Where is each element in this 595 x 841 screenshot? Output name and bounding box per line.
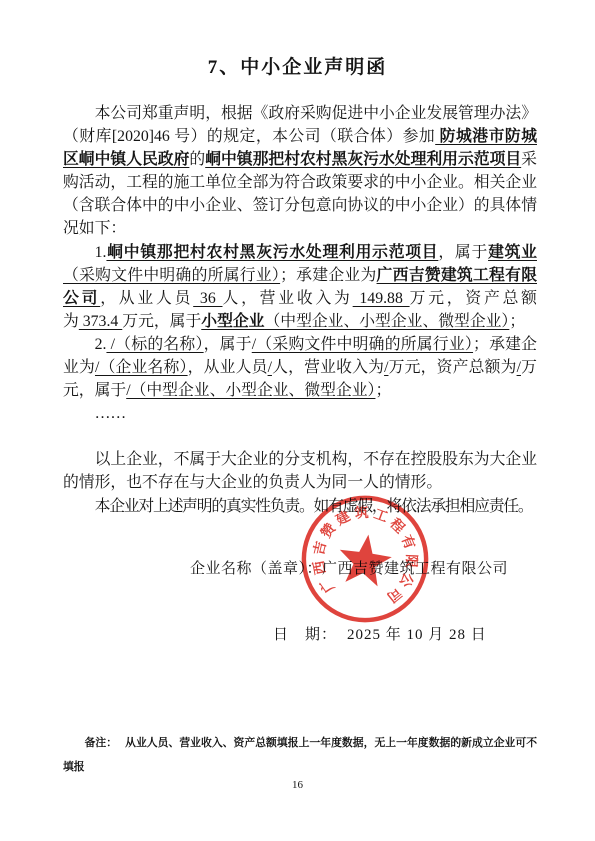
page-number: 16 bbox=[0, 779, 595, 791]
svg-text:西: 西 bbox=[311, 559, 328, 576]
svg-text:广: 广 bbox=[316, 575, 337, 596]
document-page: 7、中小企业声明函 本公司郑重声明，根据《政府采购促进中小企业发展管理办法》（财… bbox=[0, 0, 595, 841]
date-line: 日 期：2025 年 10 月 28 日 bbox=[273, 623, 487, 644]
footnote-label: 备注： bbox=[85, 737, 118, 749]
svg-text:限: 限 bbox=[403, 554, 420, 569]
intro-paragraph: 本公司郑重声明，根据《政府采购促进中小企业发展管理办法》（财库[2020]46 … bbox=[63, 102, 537, 241]
footnote: 备注：从业人员、营业收入、资产总额填报上一年度数据，无上一年度数据的新成立企业可… bbox=[63, 731, 537, 779]
svg-text:筑: 筑 bbox=[354, 504, 369, 521]
assurance-paragraph: 以上企业，不属于大企业的分支机构，不存在控股股东为大企业的情形，也不存在与大企业… bbox=[63, 448, 537, 494]
item-1-paragraph: 1.峒中镇那把村农村黑灰污水处理利用示范项目，属于建筑业（采购文件中明确的所属行… bbox=[63, 241, 537, 333]
svg-text:吉: 吉 bbox=[310, 539, 329, 556]
svg-text:工: 工 bbox=[372, 506, 390, 525]
svg-text:赞: 赞 bbox=[317, 519, 339, 541]
seal-star-icon bbox=[336, 531, 395, 588]
svg-text:有: 有 bbox=[399, 532, 419, 551]
ellipsis-line: …… bbox=[63, 402, 537, 425]
document-body: 本公司郑重声明，根据《政府采购促进中小企业发展管理办法》（财库[2020]46 … bbox=[63, 102, 537, 518]
page-title: 7、中小企业声明函 bbox=[0, 0, 595, 81]
date-label: 日 期： bbox=[273, 627, 337, 643]
svg-text:公: 公 bbox=[396, 570, 416, 589]
item-2-paragraph: 2. /（标的名称），属于/（采购文件中明确的所属行业）；承建企业为/（企业名称… bbox=[63, 333, 537, 402]
svg-text:程: 程 bbox=[387, 515, 408, 536]
svg-text:司: 司 bbox=[384, 585, 405, 606]
date-value: 2025 年 10 月 28 日 bbox=[347, 627, 487, 643]
svg-text:建: 建 bbox=[333, 507, 353, 528]
footnote-text: 从业人员、营业收入、资产总额填报上一年度数据，无上一年度数据的新成立企业可不填报 bbox=[63, 737, 537, 773]
company-seal-stamp-icon: 广西吉赞建筑工程有限公司 bbox=[296, 490, 434, 628]
